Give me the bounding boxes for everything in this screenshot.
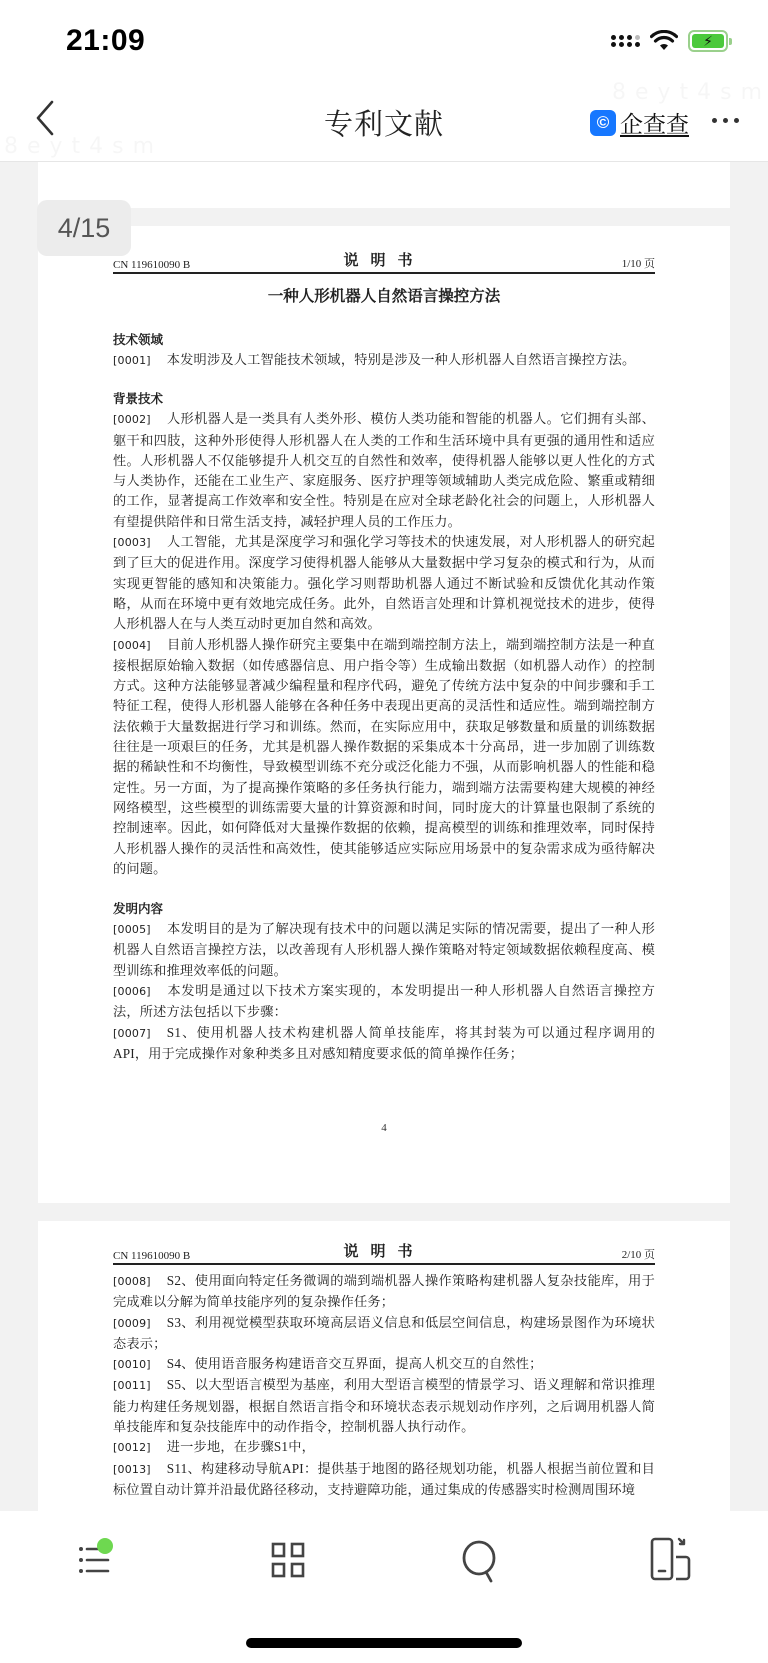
doc-page-label: 2/10 页 bbox=[622, 1246, 655, 1262]
section-heading: 背景技术 bbox=[113, 389, 655, 409]
paragraph: [0011]S5、以大型语言模型为基座，利用大型语言模型的情景学习、语义理解和常… bbox=[113, 1375, 655, 1437]
page-number: 4 bbox=[38, 1122, 730, 1134]
paragraph: [0005]本发明目的是为了解决现有技术中的问题以满足实际的情况需要，提出了一种… bbox=[113, 919, 655, 981]
notification-dot bbox=[97, 1538, 113, 1554]
paragraph: [0002]人形机器人是一类具有人类外形、模仿人类功能和智能的机器人。它们拥有头… bbox=[113, 409, 655, 532]
more-button[interactable] bbox=[712, 118, 739, 123]
list-icon bbox=[72, 1535, 122, 1585]
nav-bar: 8eyt4sm 8eyt4sm 专利文献 © 企查查 bbox=[0, 84, 768, 162]
wifi-icon bbox=[650, 30, 678, 52]
paragraph: [0001]本发明涉及人工智能技术领域，特别是涉及一种人形机器人自然语言操控方法… bbox=[113, 350, 655, 371]
section-heading: 技术领域 bbox=[113, 330, 655, 350]
page-content: CN 119610090 B 说明书 1/10 页 一种人形机器人自然语言操控方… bbox=[113, 250, 655, 1064]
brand-link[interactable]: © 企查查 bbox=[590, 106, 689, 139]
outline-button[interactable] bbox=[72, 1535, 122, 1585]
search-button[interactable] bbox=[455, 1535, 505, 1585]
more-dots-icon bbox=[712, 118, 717, 123]
paragraph: [0013]S11、构建移动导航API：提供基于地图的路径规划功能，机器人根据当… bbox=[113, 1459, 655, 1501]
status-icons: ⚡ bbox=[611, 30, 728, 52]
paragraph: [0010]S4、使用语音服务构建语音交互界面，提高人机交互的自然性； bbox=[113, 1354, 655, 1375]
section-heading: 发明内容 bbox=[113, 899, 655, 919]
grid-icon bbox=[263, 1535, 313, 1585]
brand-name: 企查查 bbox=[620, 106, 689, 139]
page-content: CN 119610090 B 说明书 2/10 页 [0008]S2、使用面向特… bbox=[113, 1241, 655, 1500]
doc-header: CN 119610090 B 说明书 1/10 页 bbox=[113, 250, 655, 274]
doc-header: CN 119610090 B 说明书 2/10 页 bbox=[113, 1241, 655, 1265]
search-icon bbox=[455, 1535, 505, 1585]
document-viewer[interactable]: CN 119610090 B 说明书 1/10 页 一种人形机器人自然语言操控方… bbox=[0, 162, 768, 1511]
brand-logo-icon: © bbox=[590, 110, 616, 136]
paragraph: [0007]S1、使用机器人技术构建机器人简单技能库，将其封装为可以通过程序调用… bbox=[113, 1023, 655, 1065]
paragraph: [0006]本发明是通过以下技术方案实现的，本发明提出一种人形机器人自然语言操控… bbox=[113, 981, 655, 1023]
page-indicator: 4/15 bbox=[37, 200, 131, 256]
doc-page-label: 1/10 页 bbox=[622, 255, 655, 271]
status-time: 21:09 bbox=[66, 24, 145, 58]
document-page-previous bbox=[38, 162, 730, 208]
paragraph: [0003]人工智能，尤其是深度学习和强化学习等技术的快速发展，对人形机器人的研… bbox=[113, 532, 655, 634]
cellular-signal-icon bbox=[611, 35, 640, 47]
paragraph: [0012]进一步地，在步骤S1中， bbox=[113, 1437, 655, 1458]
document-page: CN 119610090 B 说明书 1/10 页 一种人形机器人自然语言操控方… bbox=[38, 226, 730, 1203]
paragraph: [0004]目前人形机器人操作研究主要集中在端到端控制方法上，端到端控制方法是一… bbox=[113, 635, 655, 880]
battery-charging-icon: ⚡ bbox=[688, 30, 728, 52]
doc-type: 说明书 bbox=[113, 249, 655, 270]
paragraph: [0009]S3、利用视觉模型获取环境高层语义信息和低层空间信息，构建场景图作为… bbox=[113, 1313, 655, 1355]
rotate-device-icon bbox=[646, 1535, 696, 1585]
paragraph: [0008]S2、使用面向特定任务微调的端到端机器人操作策略构建机器人复杂技能库… bbox=[113, 1271, 655, 1313]
thumbnails-button[interactable] bbox=[263, 1535, 313, 1585]
document-page: CN 119610090 B 说明书 2/10 页 [0008]S2、使用面向特… bbox=[38, 1221, 730, 1511]
home-indicator[interactable] bbox=[246, 1638, 522, 1648]
status-bar: 21:09 ⚡ bbox=[0, 0, 768, 84]
rotate-orientation-button[interactable] bbox=[646, 1535, 696, 1585]
doc-type: 说明书 bbox=[113, 1240, 655, 1261]
doc-title: 一种人形机器人自然语言操控方法 bbox=[113, 284, 655, 306]
